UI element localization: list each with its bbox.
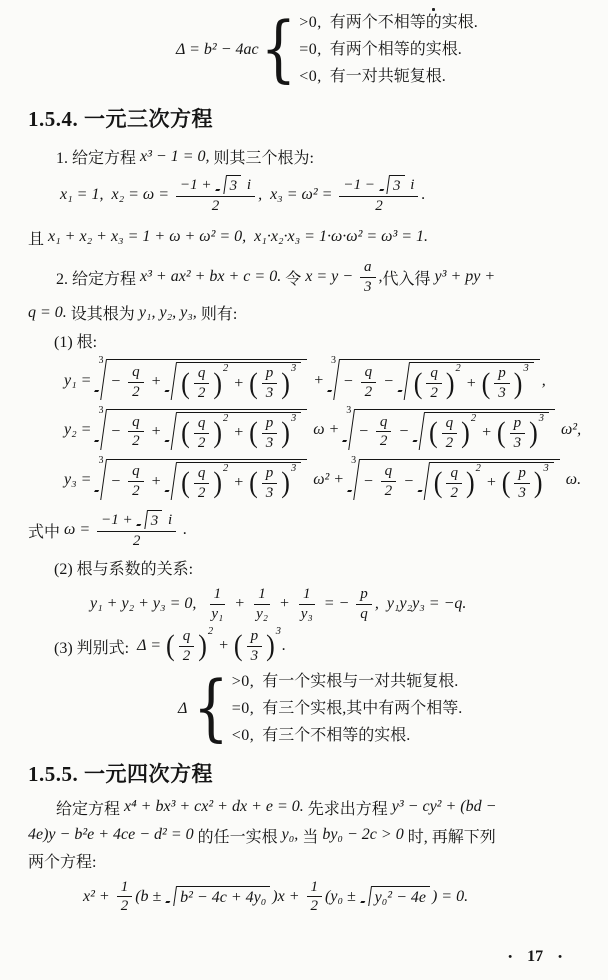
fraction: −1 + 3 i2 <box>176 175 255 215</box>
para-quartic-line3: 两个方程: <box>28 852 592 874</box>
big-delimiter: ( <box>429 419 438 448</box>
footer-right-dot: • <box>558 951 562 963</box>
fraction: q2 <box>361 364 377 401</box>
big-delimiter: ( <box>181 469 190 498</box>
formula-quadratic-discriminant: Δ = b² − 4ac <box>176 41 259 59</box>
big-delimiter: ) <box>281 419 290 448</box>
fraction: q2 <box>194 365 210 402</box>
case-condition: =0, <box>299 39 322 61</box>
fraction: p3 <box>514 465 530 502</box>
fraction: q2 <box>442 415 458 452</box>
footer-left-dot: • <box>508 951 512 963</box>
radical: (q2)2 + (p3)3 <box>421 462 554 502</box>
big-delimiter: ) <box>446 369 455 398</box>
radical-sign <box>139 510 147 530</box>
big-delimiter: ) <box>466 469 475 498</box>
section-heading-1-5-4: 1.5.4. 一元三次方程 <box>28 106 592 132</box>
radical: 3− q2 + (q2)2 + (p3)3 <box>98 459 307 502</box>
superscript: 3 <box>276 627 281 638</box>
big-delimiter: ( <box>249 469 258 498</box>
formula-delta-symbol: Δ <box>178 700 191 718</box>
fraction: 1y₃ <box>297 586 317 623</box>
radical: 3− q2 − (q2)2 + (p3)3 <box>346 409 555 452</box>
fraction: p3 <box>510 415 526 452</box>
radical-sign <box>168 886 177 907</box>
left-brace: { <box>261 14 297 86</box>
fraction: p3 <box>262 465 278 502</box>
superscript: 3 <box>523 364 528 375</box>
formula-cubic-unit-roots: x₁ = 1, x₂ = ω = −1 + 3 i2, x₃ = ω² = −1… <box>60 175 592 215</box>
case-condition: >0, <box>232 671 255 693</box>
fraction: −1 + 3 i2 <box>97 510 176 550</box>
radical: b² − 4c + 4y₀ <box>168 886 270 907</box>
superscript: 3 <box>291 414 296 425</box>
formula-omega-definition: 式中 ω = −1 + 3 i2 . <box>28 510 592 550</box>
big-delimiter: ) <box>514 369 523 398</box>
fraction: q2 <box>446 465 462 502</box>
case-row: =0, 有三个实根,其中有两个相等. <box>232 698 463 720</box>
section-heading-1-5-5: 1.5.5. 一元四次方程 <box>28 761 592 787</box>
fraction: q2 <box>426 365 442 402</box>
radical: 3 <box>382 175 405 195</box>
fraction: 12 <box>307 879 323 916</box>
formula-y1: y₁ = 3− q2 + (q2)2 + (p3)3 + 3− q2 − (q2… <box>64 359 592 402</box>
fraction: p3 <box>494 365 510 402</box>
radical-sign <box>168 462 177 502</box>
formula-quartic-resolvent: x² + 12(b ± b² − 4c + 4y₀)x + 12(y₀ ± y₀… <box>83 879 592 916</box>
left-brace: { <box>193 673 229 745</box>
radical-sign <box>382 175 390 195</box>
radical-index: 3 <box>346 406 351 416</box>
fraction: q2 <box>381 463 397 500</box>
quadratic-discriminant-cases: Δ = b² − 4ac { >0, 有两个不相等的实根. =0, 有两个相等的… <box>176 12 592 88</box>
case-row: <0, 有一对共轭复根. <box>299 66 478 88</box>
superscript: 2 <box>223 464 228 475</box>
radical: 3− q2 + (q2)2 + (p3)3 <box>98 359 307 402</box>
big-delimiter: ) <box>213 369 222 398</box>
radical: (q2)2 + (p3)3 <box>401 362 534 402</box>
radical-sign <box>421 462 430 502</box>
case-text: 有一对共轭复根. <box>330 66 446 88</box>
para-cubic-item2-line2: q = 0. 设其根为 y₁, y₂, y₃, 则有: <box>28 301 592 324</box>
page-number: 17 <box>527 948 543 966</box>
page-footer: • 17 • <box>508 948 562 966</box>
big-delimiter: ( <box>181 419 190 448</box>
fraction: q2 <box>194 415 210 452</box>
radical-sign <box>168 412 177 452</box>
radical: 3− q2 − (q2)2 + (p3)3 <box>351 459 560 502</box>
superscript: 3 <box>539 414 544 425</box>
scan-artifact-dot <box>432 8 435 11</box>
radical: (q2)2 + (p3)3 <box>168 412 301 452</box>
superscript: 2 <box>208 627 213 638</box>
superscript: 2 <box>476 464 481 475</box>
big-delimiter: ) <box>266 632 275 661</box>
big-delimiter: ) <box>213 419 222 448</box>
case-row: =0, 有两个相等的实根. <box>299 39 478 61</box>
radical: 3 <box>218 175 241 195</box>
fraction: pq <box>356 586 372 623</box>
case-text: 有一个实根与一对共轭复根. <box>262 671 458 693</box>
fraction: p3 <box>262 415 278 452</box>
superscript: 3 <box>291 364 296 375</box>
fraction: −1 − 3 i2 <box>339 175 418 215</box>
fraction: q2 <box>128 364 144 401</box>
cubic-discriminant-cases: Δ { >0, 有一个实根与一对共轭复根. =0, 有三个实根,其中有两个相等.… <box>178 671 592 747</box>
radical-index: 3 <box>331 356 336 366</box>
big-delimiter: ( <box>497 419 506 448</box>
formula-cubic-discriminant: (3) 判别式: Δ = (q2)2 + (p3)3. <box>54 628 592 665</box>
case-row: >0, 有一个实根与一对共轭复根. <box>232 671 463 693</box>
superscript: 2 <box>223 414 228 425</box>
radical: (q2)2 + (p3)3 <box>416 412 549 452</box>
big-delimiter: ( <box>414 369 423 398</box>
big-delimiter: ) <box>281 469 290 498</box>
superscript: 2 <box>456 364 461 375</box>
fraction: q2 <box>128 463 144 500</box>
big-delimiter: ( <box>249 419 258 448</box>
para-quartic-line2: 4e)y − b²e + 4ce − d² = 0 的任一实根 y₀, 当 by… <box>28 824 592 847</box>
big-delimiter: ( <box>434 469 443 498</box>
big-delimiter: ) <box>198 632 207 661</box>
case-condition: =0, <box>232 698 255 720</box>
case-condition: <0, <box>232 725 255 747</box>
big-delimiter: ( <box>482 369 491 398</box>
case-text: 有两个相等的实根. <box>330 39 462 61</box>
formula-y2: y₂ = 3− q2 + (q2)2 + (p3)3 ω + 3− q2 − (… <box>64 409 592 452</box>
case-text: 有三个实根,其中有两个相等. <box>262 698 462 720</box>
formula-vieta: y₁ + y₂ + y₃ = 0, 1y₁ + 1y₂ + 1y₃ = − pq… <box>90 586 592 623</box>
case-row: <0, 有三个不相等的实根. <box>232 725 463 747</box>
fraction: 1y₁ <box>207 586 227 623</box>
big-delimiter: ( <box>181 369 190 398</box>
fraction: q2 <box>194 465 210 502</box>
big-delimiter: ( <box>234 632 243 661</box>
case-condition: >0, <box>299 12 322 34</box>
superscript: 3 <box>291 464 296 475</box>
fraction: p3 <box>247 628 263 665</box>
big-delimiter: ) <box>529 419 538 448</box>
big-delimiter: ( <box>249 369 258 398</box>
big-delimiter: ) <box>213 469 222 498</box>
big-delimiter: ( <box>166 632 175 661</box>
radical-index: 3 <box>351 456 356 466</box>
big-delimiter: ) <box>461 419 470 448</box>
big-delimiter: ) <box>281 369 290 398</box>
big-delimiter: ( <box>502 469 511 498</box>
radical: (q2)2 + (p3)3 <box>168 462 301 502</box>
fraction: 12 <box>117 879 133 916</box>
radical-sign <box>416 412 425 452</box>
superscript: 2 <box>223 364 228 375</box>
radical-sign <box>363 886 372 907</box>
para-cubic-root-identities: 且 x₁ + x₂ + x₃ = 1 + ω + ω² = 0, x₁·x₂·x… <box>28 226 592 249</box>
radical-sign <box>168 362 177 402</box>
fraction: q2 <box>179 628 195 665</box>
radical: 3− q2 − (q2)2 + (p3)3 <box>331 359 540 402</box>
radical: 3− q2 + (q2)2 + (p3)3 <box>98 409 307 452</box>
radical-index: 3 <box>98 406 103 416</box>
label-vieta-relations: (2) 根与系数的关系: <box>54 559 592 581</box>
para-quartic-line1: 给定方程 x⁴ + bx³ + cx² + dx + e = 0. 先求出方程 … <box>56 796 592 819</box>
radical-index: 3 <box>98 456 103 466</box>
fraction: a3 <box>360 259 376 296</box>
radical-index: 3 <box>98 356 103 366</box>
scanned-textbook-page: Δ = b² − 4ac { >0, 有两个不相等的实根. =0, 有两个相等的… <box>0 0 608 980</box>
formula-y3: y₃ = 3− q2 + (q2)2 + (p3)3 ω² + 3− q2 − … <box>64 459 592 502</box>
radical-sign <box>218 175 226 195</box>
fraction: 1y₂ <box>252 586 272 623</box>
fraction: p3 <box>262 365 278 402</box>
case-list: >0, 有一个实根与一对共轭复根. =0, 有三个实根,其中有两个相等. <0,… <box>232 671 463 747</box>
case-row: >0, 有两个不相等的实根. <box>299 12 478 34</box>
fraction: q2 <box>376 414 392 451</box>
big-delimiter: ) <box>534 469 543 498</box>
superscript: 2 <box>471 414 476 425</box>
para-cubic-item1-intro: 1. 给定方程 x³ − 1 = 0, 则其三个根为: <box>56 145 592 168</box>
label-roots: (1) 根: <box>54 332 592 354</box>
radical-sign <box>401 362 410 402</box>
case-text: 有三个不相等的实根. <box>262 725 410 747</box>
case-condition: <0, <box>299 66 322 88</box>
radical: (q2)2 + (p3)3 <box>168 362 301 402</box>
radical: 3 <box>139 510 162 530</box>
radical: y₀² − 4e <box>363 886 430 907</box>
fraction: q2 <box>128 414 144 451</box>
case-list: >0, 有两个不相等的实根. =0, 有两个相等的实根. <0, 有一对共轭复根… <box>299 12 478 88</box>
superscript: 3 <box>544 464 549 475</box>
para-cubic-item2-line1: 2. 给定方程 x³ + ax² + bx + c = 0. 令 x = y −… <box>56 259 592 296</box>
case-text: 有两个不相等的实根. <box>330 12 478 34</box>
